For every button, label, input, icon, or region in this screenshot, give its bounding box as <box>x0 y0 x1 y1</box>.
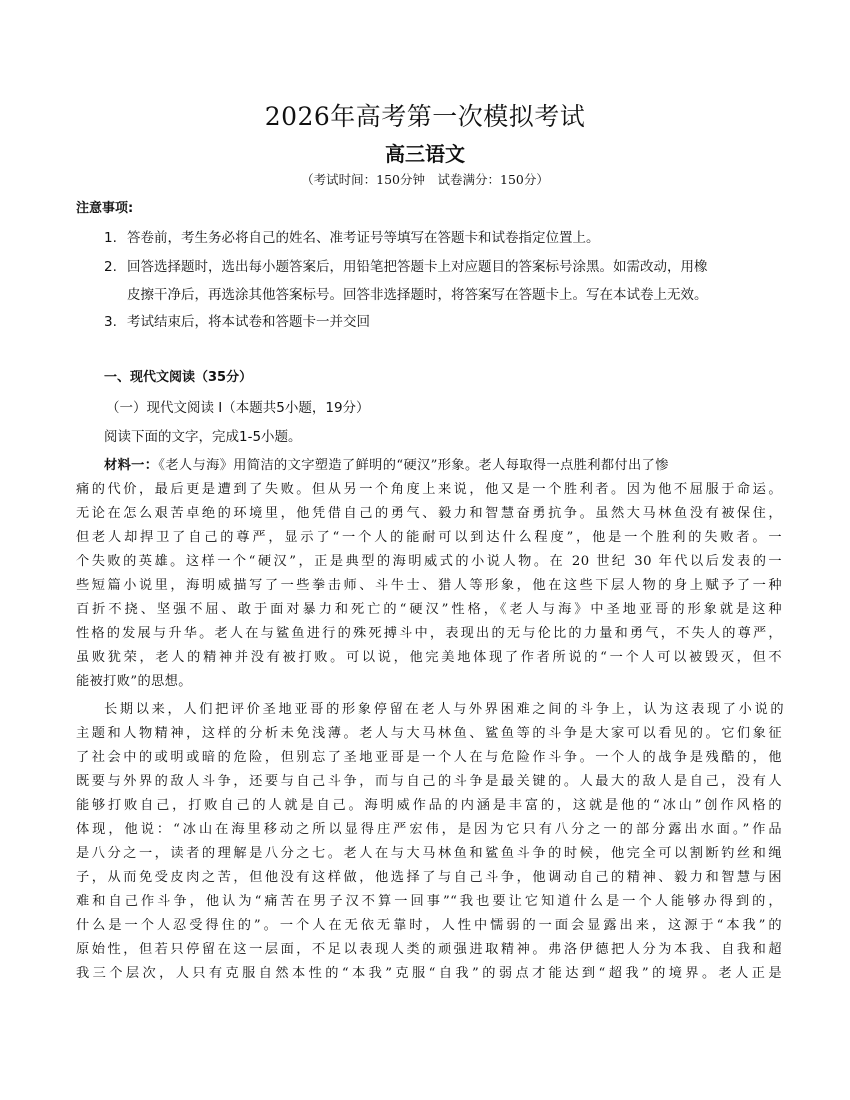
material-line: 无论在怎么艰苦卓绝的环境里，他凭借自己的勇气、毅力和智慧奋勇抗争。虽然大马林鱼没… <box>76 505 782 523</box>
material-line: 痛的代价，最后更是遭到了失败。但从另一个角度上来说，他又是一个胜利者。因为他不屈… <box>76 481 782 499</box>
exam-subject: 高三语文 <box>0 141 850 167</box>
section-heading: 一、现代文阅读（35分） <box>104 369 252 387</box>
material-text: 《老人与海》用简洁的文字塑造了鲜明的“硬汉”形象。老人每取得一点胜利都付出了惨 <box>158 458 668 473</box>
material-line: 体现，他说：“冰山在海里移动之所以显得庄严宏伟，是因为它只有八分之一的部分露出水… <box>76 821 782 839</box>
section-subheading: （一）现代文阅读 I（本题共5小题，19分） <box>106 399 370 417</box>
material-line: 我三个层次，人只有克服自然本性的“本我”克服“自我”的弱点才能达到“超我”的境界… <box>76 965 782 983</box>
material-line: 主题和人物精神，这样的分析未免浅薄。老人与大马林鱼、鲨鱼等的斗争是大家可以看见的… <box>76 725 782 743</box>
material-line: 子，从而免受皮肉之苦，但他没有这样做，他选择了与自己斗争，他调动自己的精神、毅力… <box>76 869 782 887</box>
material-line: 性格的发展与升华。老人在与鲨鱼进行的殊死搏斗中，表现出的无与伦比的力量和勇气，不… <box>76 625 782 643</box>
notice-number: 3. <box>104 313 127 331</box>
material-line: 难和自己作斗争，他认为“痛苦在男子汉不算一回事”“我也要让它知道什么是一个人能够… <box>76 893 782 911</box>
material-line: 虽败犹荣，老人的精神并没有被打败。可以说，他完美地体现了作者所说的“一个人可以被… <box>76 649 782 667</box>
material-line: 既要与外界的敌人斗争，还要与自己斗争，而与自己的斗争是最关键的。人最大的敌人是自… <box>76 773 782 791</box>
notice-text: 答卷前，考生务必将自己的姓名、准考证号等填写在答题卡和试卷指定位置上。 <box>127 230 600 246</box>
material-line: 些短篇小说里，海明威描写了一些拳击师、斗牛士、猎人等形象，他在这些下层人物的身上… <box>76 577 782 595</box>
notice-number: 2. <box>104 258 127 276</box>
notice-item-1: 1.答卷前，考生务必将自己的姓名、准考证号等填写在答题卡和试卷指定位置上。 <box>104 229 600 247</box>
notice-text: 回答选择题时，选出每小题答案后，用铅笔把答题卡上对应题目的答案标号涂黑。如需改动… <box>127 259 708 275</box>
material-line: 原始性，但若只停留在这一层面，不足以表现人类的顽强进取精神。弗洛伊德把人分为本我… <box>76 941 782 959</box>
material-label: 材料一： <box>104 458 158 473</box>
material-line: 是八分之一，读者的理解是八分之七。老人在与大马林鱼和鲨鱼斗争的时候，他完全可以割… <box>76 845 782 863</box>
material-line: 了社会中的或明或暗的危险，但别忘了圣地亚哥是一个人在与危险作斗争。一个人的战争是… <box>76 749 782 767</box>
notice-text: 考试结束后，将本试卷和答题卡一并交回 <box>127 314 370 330</box>
material-line: 能被打败”的思想。 <box>76 673 782 691</box>
material-line: 什么是一个人忍受得住的”。一个人在无依无靠时，人性中懦弱的一面会显露出来，这源于… <box>76 917 782 935</box>
material-line: 百折不挠、坚强不屈、敢于面对暴力和死亡的“硬汉”性格，《老人与海》中圣地亚哥的形… <box>76 601 782 619</box>
exam-page: 2026年高考第一次模拟考试 高三语文 （考试时间：150分钟 试卷满分：150… <box>0 0 850 1100</box>
material-line: 能够打败自己，打败自己的人就是自己。海明威作品的内涵是丰富的，这就是他的“冰山”… <box>76 797 782 815</box>
notice-item-2: 2.回答选择题时，选出每小题答案后，用铅笔把答题卡上对应题目的答案标号涂黑。如需… <box>104 258 708 276</box>
notice-item-3: 3.考试结束后，将本试卷和答题卡一并交回 <box>104 313 370 331</box>
material-line: 但老人却捍卫了自己的尊严，显示了“一个人的能耐可以到达什么程度”，他是一个胜利的… <box>76 529 782 547</box>
exam-title: 2026年高考第一次模拟考试 <box>0 100 850 134</box>
notice-item-2-cont: 皮擦干净后，再选涂其他答案标号。回答非选择题时，将答案写在答题卡上。写在本试卷上… <box>127 286 708 304</box>
notice-number: 1. <box>104 229 127 247</box>
notice-heading: 注意事项: <box>76 200 133 218</box>
material-line: 长期以来，人们把评价圣地亚哥的形象停留在老人与外界困难之间的斗争上，认为这表现了… <box>104 701 784 719</box>
material-line: 材料一：《老人与海》用简洁的文字塑造了鲜明的“硬汉”形象。老人每取得一点胜利都付… <box>104 457 764 475</box>
exam-meta: （考试时间：150分钟 试卷满分：150分） <box>0 171 850 189</box>
material-line: 个失败的英雄。这样一个“硬汉”，正是典型的海明威式的小说人物。在 20 世纪 3… <box>76 553 782 571</box>
section-instruction: 阅读下面的文字，完成1-5小题。 <box>104 428 302 446</box>
